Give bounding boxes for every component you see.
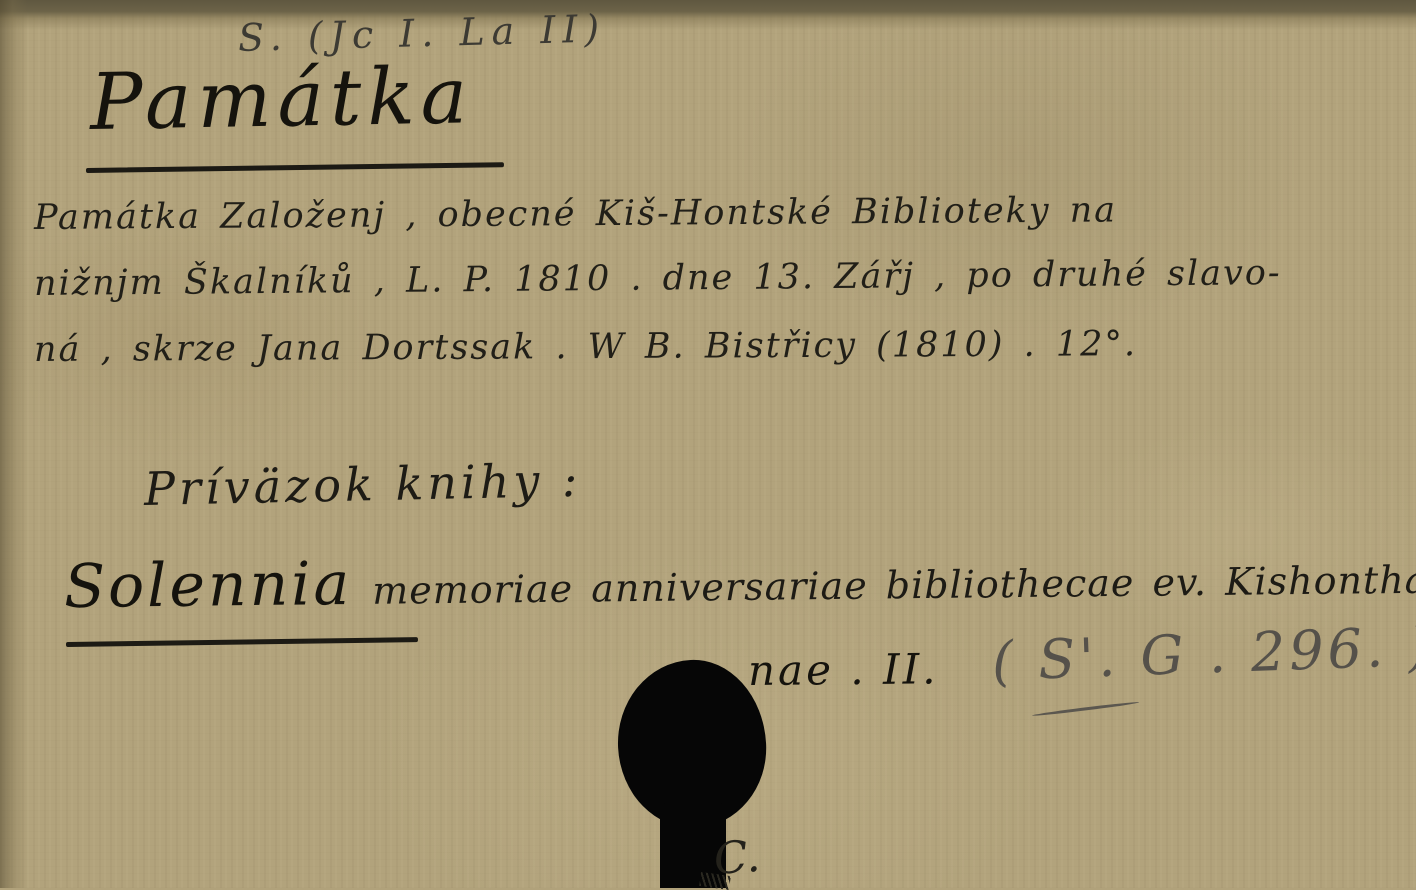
work-title-rest: memoriae anniversariae bibliothecae ev. … (372, 558, 1416, 613)
card-top-edge-shadow (0, 0, 1416, 30)
description-line-3: ná , skrze Jana Dortssak . W B. Bistřicy… (34, 324, 1137, 370)
card-title: Památka (89, 51, 474, 148)
catalog-card: S. (Jc I. La II) Památka Památka Založen… (0, 0, 1416, 888)
card-title-underline (86, 162, 504, 173)
description-line-1: Památka Založenj , obecné Kiš-Hontské Bi… (34, 190, 1117, 238)
description-line-2: nižnjm Škalníků , L. P. 1810 . dne 13. Z… (34, 253, 1282, 304)
shelfmark-pencil: ( S'. G . 296. ) (991, 615, 1416, 693)
card-left-edge-shadow (0, 0, 28, 888)
work-title-line: Solennia memoriae anniversariae biblioth… (64, 538, 1416, 622)
work-title-continuation: nae . II. (748, 644, 939, 695)
attachment-heading: Príväzok knihy : (143, 453, 581, 516)
shelfmark-underline (1032, 701, 1140, 717)
work-title: Solennia (64, 549, 353, 622)
work-title-underline (66, 637, 418, 647)
